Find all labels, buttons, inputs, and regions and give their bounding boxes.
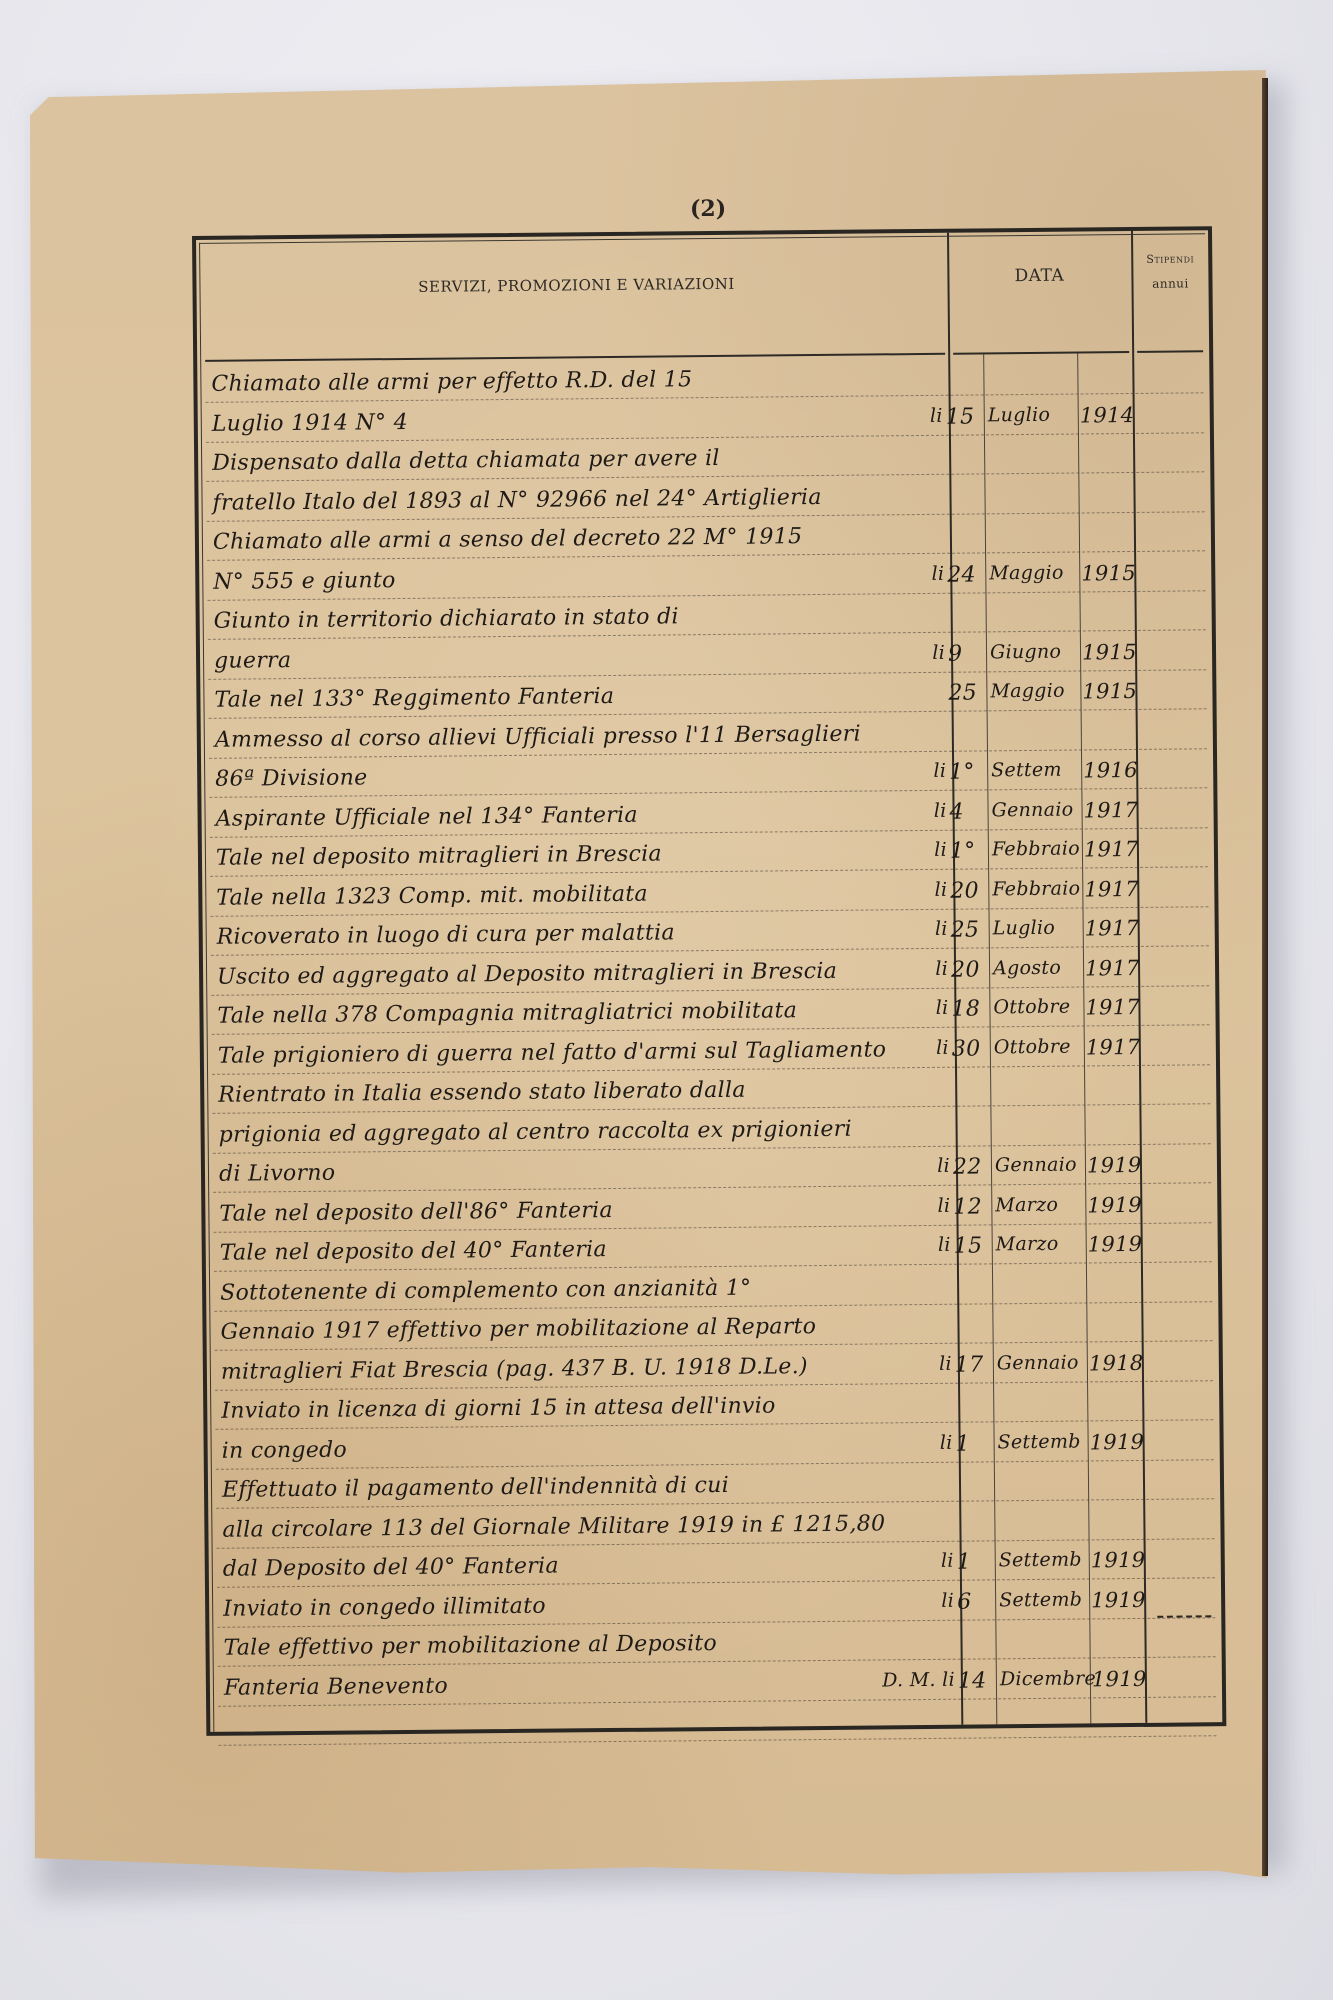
entry-li: D. M. li <box>882 1668 955 1691</box>
entry-year <box>1079 363 1133 364</box>
record-entry: Gennaio 1917 effettivo per mobilitazione… <box>206 1308 1218 1354</box>
record-entry: Luglio 1914 N° 4li15Luglio1914 <box>198 400 1210 446</box>
entry-day: 4 <box>949 799 987 824</box>
entry-month: Gennaio <box>995 1153 1087 1176</box>
entry-text: Chiamato alle armi a senso del decreto 2… <box>213 524 803 555</box>
record-entry: Tale nel deposito del 40° Fanteriali15Ma… <box>206 1229 1218 1275</box>
entry-text: Ricoverato in luogo di cura per malattia <box>217 920 675 949</box>
entry-month: Settem <box>991 758 1083 781</box>
entry-year: 1919 <box>1090 1429 1144 1454</box>
entry-li: li <box>935 957 948 979</box>
record-entry: Inviato in licenza di giorni 15 in attes… <box>207 1387 1219 1433</box>
entry-li: li <box>938 1234 951 1256</box>
entry-month <box>991 719 1083 720</box>
record-entry: Tale nella 378 Compagnia mitragliatrici … <box>203 992 1215 1038</box>
entry-year: 1917 <box>1086 1034 1140 1059</box>
record-entry: prigionia ed aggregato al centro raccolt… <box>204 1111 1216 1157</box>
entry-day: 14 <box>958 1668 996 1693</box>
record-entry: Aspirante Ufficiale nel 134° Fanteriali4… <box>201 795 1213 841</box>
entry-month <box>987 363 1079 364</box>
entry-li: li <box>940 1431 953 1453</box>
entry-text: Dispensato dalla detta chiamata per aver… <box>212 446 720 476</box>
entry-month: Febbraio <box>992 837 1084 860</box>
entry-text: Gennaio 1917 effettivo per mobilitazione… <box>220 1314 816 1345</box>
entry-text: Effettuato il pagamento dell'indennità d… <box>222 1473 729 1503</box>
entry-day: 20 <box>950 878 988 903</box>
record-entry: Chiamato alle armi per effetto R.D. del … <box>197 360 1209 406</box>
record-entry: Ammesso al corso allievi Ufficiali press… <box>201 716 1213 762</box>
entry-day: 1 <box>957 1549 995 1574</box>
entry-text: Tale nel 133° Reggimento Fanteria <box>214 684 614 713</box>
record-entry: Dispensato dalla detta chiamata per aver… <box>198 439 1210 485</box>
entry-year <box>1082 600 1136 601</box>
entry-day: 25 <box>951 917 989 942</box>
header-date: DATA <box>951 265 1127 287</box>
entry-year <box>1086 1113 1140 1114</box>
entry-text: Tale nella 1323 Comp. mit. mobilitata <box>216 881 648 910</box>
entry-day: 1° <box>949 759 987 784</box>
entry-text: di Livorno <box>219 1161 336 1187</box>
entry-year: 1917 <box>1085 955 1139 980</box>
entry-year: 1917 <box>1085 995 1139 1020</box>
entry-year: 1914 <box>1080 402 1134 427</box>
entry-day: 25 <box>948 680 986 705</box>
entry-month: Agosto <box>993 956 1085 979</box>
entry-text: Sottotenente di complemento con anzianit… <box>220 1275 751 1305</box>
entry-year: 1917 <box>1084 876 1138 901</box>
entry-li: li <box>936 997 949 1019</box>
record-entry: Tale prigioniero di guerra nel fatto d'a… <box>204 1032 1216 1078</box>
entry-year: 1915 <box>1082 639 1136 664</box>
entry-li: li <box>930 404 943 426</box>
entry-year <box>1086 1074 1140 1075</box>
entry-day: 22 <box>953 1154 991 1179</box>
entry-text: Chiamato alle armi per effetto R.D. del … <box>211 367 692 397</box>
entry-month: Luglio <box>993 916 1085 939</box>
record-entry: Uscito ed aggregato al Deposito mitragli… <box>203 953 1215 999</box>
entry-month: Febbraio <box>992 877 1084 900</box>
entry-text: N° 555 e giunto <box>213 568 396 595</box>
record-entry: di Livornoli22Gennaio1919 <box>205 1150 1217 1196</box>
record-entry: Fanteria BeneventoD. M. li14Dicembre1919 <box>210 1664 1222 1710</box>
entry-month <box>988 482 1080 483</box>
record-entry: Inviato in congedo illimitatoli6Settemb1… <box>209 1585 1221 1631</box>
entry-month <box>997 1390 1089 1391</box>
entry-day: 18 <box>951 996 989 1021</box>
record-entry: N° 555 e giuntoli24Maggio1915 <box>199 558 1211 604</box>
entry-day: 17 <box>955 1352 993 1377</box>
entry-month <box>994 1114 1086 1115</box>
entry-text: Luglio 1914 N° 4 <box>212 409 408 436</box>
entry-text: Tale prigioniero di guerra nel fatto d'a… <box>218 1037 887 1068</box>
entry-month: Ottobre <box>994 1035 1086 1058</box>
header-services: SERVIZI, PROMOZIONI E VARIAZIONI <box>256 273 896 297</box>
entry-li: li <box>934 878 947 900</box>
entry-li: li <box>931 562 944 584</box>
entry-month <box>988 442 1080 443</box>
entry-year: 1915 <box>1081 560 1135 585</box>
record-entry: 86ª Divisioneli1°Settem1916 <box>201 755 1213 801</box>
entry-day: 15 <box>954 1233 992 1258</box>
entry-year <box>1088 1271 1142 1272</box>
entry-li: li <box>932 641 945 663</box>
entry-text: guerra <box>214 648 291 674</box>
entry-year: 1919 <box>1087 1192 1141 1217</box>
entry-year: 1919 <box>1088 1232 1142 1257</box>
entry-month: Luglio <box>988 403 1080 426</box>
entry-month <box>989 521 1081 522</box>
entry-text: Fanteria Benevento <box>224 1673 448 1700</box>
entry-text: Uscito ed aggregato al Deposito mitragli… <box>217 958 837 989</box>
entry-year <box>1090 1469 1144 1470</box>
record-entry: Chiamato alle armi a senso del decreto 2… <box>199 518 1211 564</box>
entry-text: prigionia ed aggregato al centro raccolt… <box>219 1116 852 1147</box>
entry-li: li <box>937 1194 950 1216</box>
entry-month <box>998 1509 1090 1510</box>
entry-month: Settemb <box>999 1588 1091 1611</box>
record-entry: Tale nel deposito dell'86° Fanteriali12M… <box>205 1190 1217 1236</box>
entry-text: Inviato in licenza di giorni 15 in attes… <box>221 1393 776 1423</box>
entry-text: Tale nella 378 Compagnia mitragliatrici … <box>217 998 797 1029</box>
entry-li: li <box>933 760 946 782</box>
entry-text: mitraglieri Fiat Brescia (pag. 437 B. U.… <box>221 1354 808 1385</box>
entry-year: 1916 <box>1083 758 1137 783</box>
entry-month <box>996 1311 1088 1312</box>
entry-day: 15 <box>946 404 984 429</box>
entry-year: 1919 <box>1091 1587 1145 1612</box>
entry-text: Tale nel deposito mitraglieri in Brescia <box>216 842 662 871</box>
entry-li: li <box>941 1550 954 1572</box>
entry-text: Tale nel deposito dell'86° Fanteria <box>219 1198 613 1227</box>
entry-text: 86ª Divisione <box>215 765 367 791</box>
entry-year: 1917 <box>1085 916 1139 941</box>
header-rule-date <box>953 351 1129 355</box>
record-entry: guerrali9Giugno1915 <box>200 637 1212 683</box>
header-annual: annui <box>1134 276 1206 291</box>
entry-month: Maggio <box>989 561 1081 584</box>
entry-month: Maggio <box>990 679 1082 702</box>
entry-month: Settemb <box>998 1430 1090 1453</box>
entry-li: li <box>936 1036 949 1058</box>
entry-year <box>1080 442 1134 443</box>
service-record-table: SERVIZI, PROMOZIONI E VARIAZIONI DATA St… <box>192 226 1226 1736</box>
entry-month: Ottobre <box>993 995 1085 1018</box>
entry-month: Settemb <box>999 1548 1091 1571</box>
entry-month: Gennaio <box>997 1351 1089 1374</box>
record-entry: fratello Italo del 1893 al N° 92966 nel … <box>198 479 1210 525</box>
entry-year <box>1081 521 1135 522</box>
entry-text: Giunto in territorio dichiarato in stato… <box>214 604 679 633</box>
record-entry: Sottotenente di complemento con anzianit… <box>206 1269 1218 1315</box>
entry-text: Inviato in congedo illimitato <box>223 1593 546 1621</box>
entry-year: 1918 <box>1089 1350 1143 1375</box>
entry-li: li <box>934 839 947 861</box>
entry-year <box>1090 1508 1144 1509</box>
header-rule-services <box>205 353 945 362</box>
entry-text: fratello Italo del 1893 al N° 92966 nel … <box>212 484 821 515</box>
booklet-spine <box>1262 78 1268 1876</box>
entry-day: 6 <box>957 1589 995 1614</box>
record-entry: Tale nel 133° Reggimento Fanteria25Maggi… <box>200 676 1212 722</box>
entry-li: li <box>939 1352 952 1374</box>
entry-month <box>998 1469 1090 1470</box>
entry-year: 1919 <box>1091 1548 1145 1573</box>
entry-month: Marzo <box>996 1232 1088 1255</box>
entry-year <box>1083 718 1137 719</box>
record-entry: Rientrato in Italia essendo stato libera… <box>204 1071 1216 1117</box>
entry-month <box>996 1272 1088 1273</box>
record-entry: alla circolare 113 del Giornale Militare… <box>208 1506 1220 1552</box>
entry-day: 20 <box>951 957 989 982</box>
entry-text: Aspirante Ufficiale nel 134° Fanteria <box>215 802 637 831</box>
entry-li: li <box>934 799 947 821</box>
entry-month: Dicembre <box>1000 1667 1092 1690</box>
entry-month: Giugno <box>990 640 1082 663</box>
record-entry: Tale effettivo per mobilitazione al Depo… <box>209 1624 1221 1670</box>
entry-year: 1915 <box>1082 679 1136 704</box>
record-entry: mitraglieri Fiat Brescia (pag. 437 B. U.… <box>207 1348 1219 1394</box>
entry-text: alla circolare 113 del Giornale Militare… <box>222 1511 885 1542</box>
entry-text: Tale effettivo per mobilitazione al Depo… <box>223 1631 717 1661</box>
entry-li: li <box>935 918 948 940</box>
record-entry: Tale nella 1323 Comp. mit. mobilitatali2… <box>202 874 1214 920</box>
record-entry: Effettuato il pagamento dell'indennità d… <box>208 1466 1220 1512</box>
entry-year: 1919 <box>1092 1666 1146 1691</box>
record-entry: Tale nel deposito mitraglieri in Brescia… <box>202 834 1214 880</box>
header-stipends: Stipendi <box>1134 252 1206 266</box>
entry-day: 12 <box>953 1194 991 1219</box>
entry-day: 24 <box>947 562 985 587</box>
page-number: (2) <box>690 196 726 222</box>
header-rule-stipends <box>1137 350 1203 353</box>
entry-month: Gennaio <box>991 798 1083 821</box>
entry-year <box>1088 1311 1142 1312</box>
entry-text: in congedo <box>222 1437 348 1463</box>
entry-year <box>1089 1390 1143 1391</box>
entry-text: Ammesso al corso allievi Ufficiali press… <box>215 721 861 752</box>
entry-month: Marzo <box>995 1193 1087 1216</box>
entry-year: 1917 <box>1084 837 1138 862</box>
entry-day: 1 <box>956 1431 994 1456</box>
entry-day: 9 <box>948 641 986 666</box>
entry-li: li <box>941 1589 954 1611</box>
entry-text: Rientrato in Italia essendo stato libera… <box>218 1078 746 1108</box>
entry-text: Tale nel deposito del 40° Fanteria <box>220 1237 607 1266</box>
entry-year <box>1080 481 1134 482</box>
entry-li: li <box>937 1155 950 1177</box>
entry-month <box>999 1627 1091 1628</box>
entry-year: 1919 <box>1087 1153 1141 1178</box>
entry-text: dal Deposito del 40° Fanteria <box>223 1554 559 1582</box>
record-entry: dal Deposito del 40° Fanteriali1Settemb1… <box>209 1545 1221 1591</box>
entry-year: 1917 <box>1083 797 1137 822</box>
record-entry: in congedoli1Settemb1919 <box>208 1427 1220 1473</box>
entry-year <box>1091 1627 1145 1628</box>
entry-day: 1° <box>950 838 988 863</box>
entry-month <box>994 1074 1086 1075</box>
entry-month <box>990 600 1082 601</box>
entry-day: 30 <box>952 1036 990 1061</box>
record-entry: Giunto in territorio dichiarato in stato… <box>200 597 1212 643</box>
record-entry: Ricoverato in luogo di cura per malattia… <box>203 913 1215 959</box>
